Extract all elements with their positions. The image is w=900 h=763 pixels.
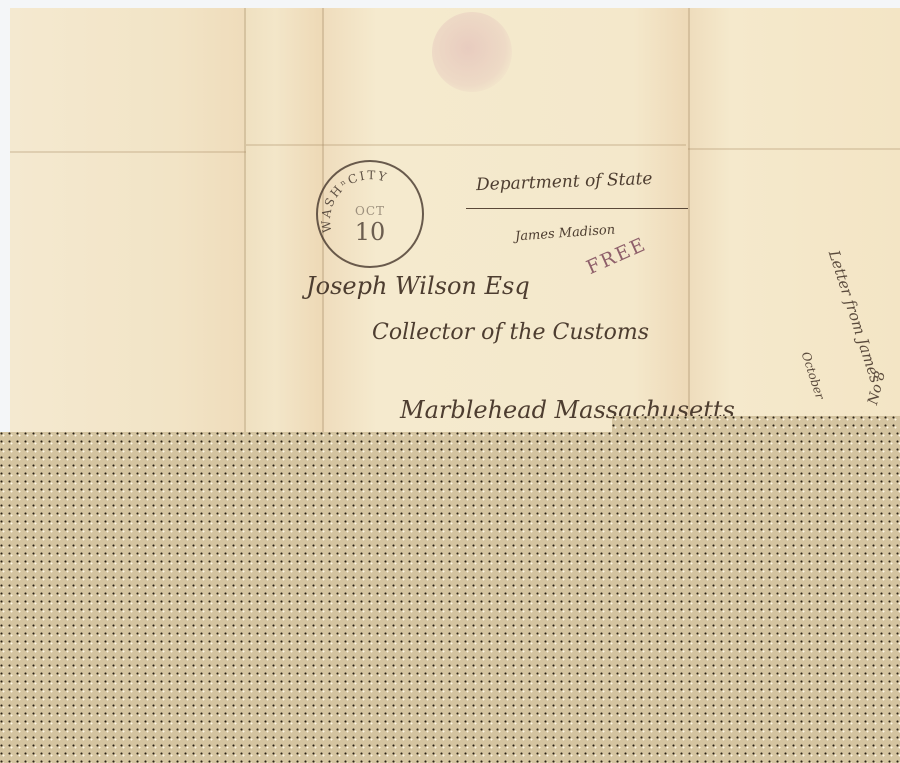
postmark-day: 10 <box>318 218 422 246</box>
inner-fold-panel <box>244 8 322 448</box>
left-fold-panel <box>10 8 244 448</box>
header-underline <box>466 208 688 209</box>
fold-line <box>688 8 690 448</box>
addressee-title: Collector of the Customs <box>372 320 649 345</box>
masked-region <box>0 432 900 763</box>
fold-line <box>246 144 686 146</box>
postmark: WASHⁿCITY OCT 10 <box>316 160 424 268</box>
fold-line <box>244 8 246 448</box>
fold-line <box>10 151 246 153</box>
postmark-month: OCT <box>318 204 422 218</box>
masked-region <box>612 416 900 433</box>
fold-line <box>688 148 900 150</box>
wax-seal <box>432 12 512 92</box>
addressee-name: Joseph Wilson Esq <box>306 272 530 300</box>
